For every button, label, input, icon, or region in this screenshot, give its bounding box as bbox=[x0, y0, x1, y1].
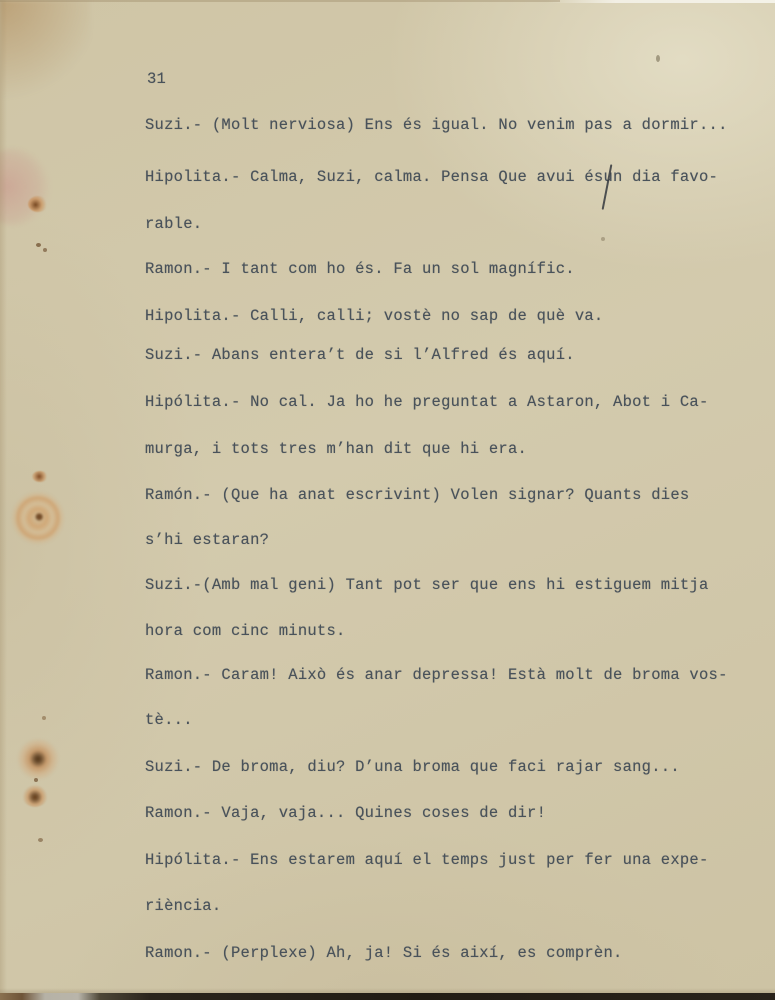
script-line-7: Hipólita.- No cal. Ja ho he preguntat a … bbox=[145, 392, 709, 412]
rust-spot bbox=[32, 471, 48, 482]
page-left-edge bbox=[0, 0, 7, 1000]
pink-smudge-stain bbox=[0, 148, 50, 226]
script-line-11: Suzi.-(Amb mal geni) Tant pot ser que en… bbox=[145, 575, 709, 595]
ink-speck bbox=[601, 237, 605, 241]
script-line-17: Hipólita.- Ens estarem aquí el temps jus… bbox=[145, 850, 709, 870]
ink-speck bbox=[656, 55, 660, 62]
page-number: 31 bbox=[147, 70, 166, 88]
table-edge-below-page bbox=[0, 993, 775, 1000]
script-line-8: murga, i tots tres m’han dit que hi era. bbox=[145, 439, 527, 459]
script-line-9: Ramón.- (Que ha anat escrivint) Volen si… bbox=[145, 485, 689, 505]
script-line-12: hora com cinc minuts. bbox=[145, 621, 346, 641]
ink-speck bbox=[36, 243, 41, 247]
script-line-16: Ramon.- Vaja, vaja... Quines coses de di… bbox=[145, 803, 546, 823]
rust-ring-stain bbox=[9, 490, 67, 546]
manuscript-page: 31 Suzi.- (Molt nerviosa) Ens és igual. … bbox=[0, 0, 775, 1000]
corner-discoloration bbox=[0, 0, 90, 110]
ink-speck bbox=[38, 838, 43, 842]
ink-speck bbox=[42, 716, 46, 720]
rust-spot bbox=[28, 196, 48, 212]
script-line-4: Ramon.- I tant com ho és. Fa un sol magn… bbox=[145, 259, 575, 279]
script-line-15: Suzi.- De broma, diu? D’una broma que fa… bbox=[145, 757, 680, 777]
script-line-10: s’hi estaran? bbox=[145, 530, 269, 550]
rust-stain bbox=[16, 737, 60, 781]
ink-speck bbox=[43, 248, 47, 252]
page-bottom-shadow bbox=[0, 988, 775, 994]
script-line-2: Hipolita.- Calma, Suzi, calma. Pensa Que… bbox=[145, 167, 718, 187]
script-line-13: Ramon.- Caram! Això és anar depressa! Es… bbox=[145, 665, 728, 685]
script-line-5: Hipolita.- Calli, calli; vostè no sap de… bbox=[145, 306, 603, 326]
script-line-3: rable. bbox=[145, 214, 202, 234]
script-line-6: Suzi.- Abans entera’t de si l’Alfred és … bbox=[145, 345, 575, 365]
script-line-1: Suzi.- (Molt nerviosa) Ens és igual. No … bbox=[145, 115, 728, 135]
page-top-edge bbox=[548, 0, 775, 3]
ink-speck bbox=[34, 778, 38, 782]
rust-stain bbox=[22, 785, 48, 807]
script-line-18: riència. bbox=[145, 896, 221, 916]
page-top-edge-shadow bbox=[0, 0, 560, 2]
script-line-19: Ramon.- (Perplexe) Ah, ja! Si és així, e… bbox=[145, 943, 623, 963]
script-line-14: tè... bbox=[145, 710, 193, 730]
